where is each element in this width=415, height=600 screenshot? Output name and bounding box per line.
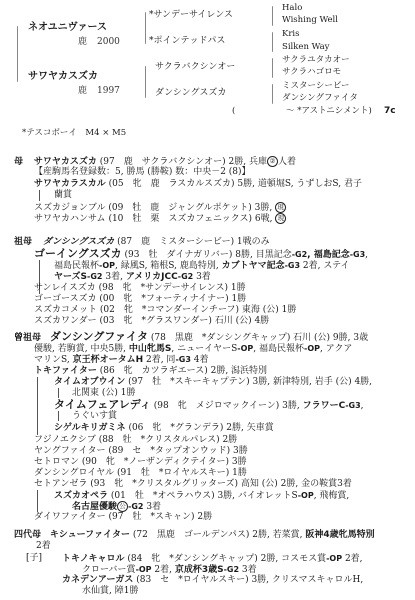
inbreeding-note: *テスコボーイ M4 × M5 (22, 128, 126, 140)
star-offspring-name: ゴーイングスズカ (34, 247, 122, 260)
great-granddam-offspring: セトアンゼラ (93 牝 *クリスタルグリッターズ) 高知 (公) 2勝, 金の… (34, 479, 352, 491)
gen3-4: サクラユタカオー (282, 55, 350, 66)
star-detail: (93 牡 ダイナガリバー) 8勝, 目黒記念 (125, 250, 292, 260)
offspring-name: トキファイター (34, 366, 97, 376)
pedigree-main-bracket (17, 26, 18, 82)
gen3-bracket-2 (272, 32, 273, 52)
sire-name: ネオユニヴァース (28, 22, 107, 34)
fourth-dam-cont: 2着 (36, 541, 51, 553)
sire-year: 2000 (97, 37, 120, 49)
sire-bracket (145, 12, 146, 44)
offspring-detail: (09 牡 鹿 ジャングルポケット) 3勝, (108, 203, 275, 213)
great-granddam-offspring: セトロマン (90 牝 *ノーザンディクテイター) 3勝 (34, 457, 247, 469)
race-list: 2着, ステイ (300, 261, 350, 271)
dam-detail-tail: 人着 (278, 157, 296, 167)
child-detail: (84 牝 *ダンシングキャップ) 2勝, コスモス賞 (127, 554, 326, 564)
race-name: 京王杯オータムH (73, 355, 144, 365)
grandchild-detail: (98 牝 メジロマックイーン) 3勝, (154, 401, 303, 411)
child-cont: 水仙賞, 障1勝 (82, 586, 138, 598)
dam-bracket (145, 66, 146, 98)
grade-badge: -G2 (87, 272, 102, 281)
race-name: アメリカJCC (126, 272, 178, 282)
grade-badge: -G2 (224, 565, 239, 574)
child-label: [子] (26, 553, 42, 565)
gen3-3: Silken Way (282, 42, 330, 53)
grade-badge: -OP (298, 491, 314, 500)
grandchild-name: シゲルキリガミネ (54, 423, 126, 433)
grandchild-detail: (01 牡 *オペラハウス) 3勝, バイオレットS (111, 491, 298, 501)
race-list: 4着 (191, 355, 209, 365)
grade-badge: -OP (136, 565, 152, 574)
granddam-detail: (87 鹿 ミスターシービー) 1戦のみ (117, 237, 270, 247)
tree-line (37, 490, 38, 512)
grade-badge: -G3 (345, 401, 360, 410)
grandchild-cont: うぐいす賞 (72, 411, 117, 423)
offspring-name: サワヤカハンサム (34, 214, 106, 224)
grade-badge: -G2 (292, 250, 307, 259)
grade-badge: -OP (326, 554, 342, 563)
child-name: カネデンアーガス (62, 575, 133, 585)
race-list: 3着 (143, 502, 161, 512)
race-name: ヤーズS (54, 272, 87, 282)
race-name: 阪神4歳牝馬特別 (305, 530, 374, 540)
race-list: , 福島民報杯 (253, 344, 304, 354)
granddam-offspring: サンレイスズカ (98 牝 *サンデーサイレンス) 1勝 (34, 283, 246, 295)
punct: , (361, 401, 364, 411)
grade-badge: -OP (304, 344, 320, 353)
dam-year: 1997 (97, 86, 120, 98)
race-list: 3着 (193, 272, 211, 282)
local-circle-mark: 公 (117, 501, 128, 512)
grade-badge: -G3 (175, 355, 190, 364)
active-circle-mark: 現 (275, 213, 286, 224)
great-granddam-offspring: ダンシングロイヤル (91 牡 *ロイヤルスキー) 1勝 (34, 468, 247, 480)
dam-register: 【産駒馬名登録数：5, 勝馬 (勝鞍) 数：中央－2 (8)】 (34, 167, 251, 179)
great-granddam-name: ダンシングファイタ (50, 330, 148, 343)
child-detail: (83 セ *ロイヤルスキー) 3勝, クリスマスキャロルH, (136, 575, 363, 585)
sire-sire: *サンデーサイレンス (149, 10, 233, 22)
family-number: 7c (384, 106, 396, 118)
race-name: 福島民報杯 (54, 261, 99, 271)
active-circle-mark: 現 (275, 202, 286, 213)
child-name: トキノキャロル (62, 554, 124, 564)
race-list: , アクア (320, 344, 352, 354)
fourth-dam-name: キシューファイター (50, 530, 130, 540)
tree-line (39, 190, 40, 201)
gen3-bracket-4 (272, 84, 273, 104)
granddam-name: ダンシングスズカ (43, 237, 114, 247)
tree-line (37, 377, 38, 435)
gen3-7: ダンシングファイタ (282, 93, 358, 104)
race-list: マリンS, (34, 355, 73, 365)
race-name: 京成杯3歳S (175, 565, 224, 575)
sire-dam: *ポインテッドパス (149, 36, 225, 48)
gen3-1: Wishing Well (282, 15, 338, 26)
race-name: , 福島記念 (307, 250, 350, 260)
race-list: 2着, (152, 565, 175, 575)
race-list: , 緑風S, 箱根S, 鹿島特別, (115, 261, 222, 271)
dam-section-name: サワヤカスズカ (34, 157, 97, 167)
grade-badge: -G3 (285, 261, 300, 270)
grade-badge: -OP (99, 261, 115, 270)
race-list: , 飛梅賞, (314, 491, 350, 501)
race-name: カブトヤマ記念 (222, 261, 285, 271)
dam-name: サワヤカスズカ (28, 71, 98, 83)
great-granddam-offspring: ダイワファイター (97 牡 *スキャン) 2勝 (34, 512, 212, 524)
great-granddam-detail: (78 黒鹿 *ダンシングキャップ) 石川 (公) 9勝, 3歳 (151, 333, 368, 343)
race-list: 2着, 同 (143, 355, 175, 365)
family-open: ( (232, 106, 235, 117)
grade-badge: -G3 (350, 250, 365, 259)
grandchild-name: タイムフェアレディ (54, 398, 151, 411)
granddam-offspring: ゴーゴースズカ (00 牝 *フォーティナイナー) 1勝 (34, 294, 246, 306)
prefecture-circle-mark: ② (267, 156, 278, 167)
gen3-5: サクラハゴロモ (282, 67, 341, 78)
race-name: 中山牝馬S (129, 344, 171, 354)
dam-label: 母 (14, 157, 23, 167)
grade-badge: -OP (237, 344, 253, 353)
race-list: 2着, (342, 554, 362, 564)
offspring-detail: (86 牝 カツラギエース) 2勝, 潟浜特別 (100, 366, 267, 376)
dam-color: 鹿 (78, 86, 87, 98)
granddam-offspring: スズカワンダー (03 牝 *グラスワンダー) 石川 (公) 4勝 (34, 316, 269, 328)
dam-section-detail: (97 鹿 サクラバクシンオー) 2勝, 兵庫 (100, 157, 267, 167)
tree-line (58, 388, 59, 398)
gen3-2: Kris (282, 29, 300, 40)
gen3-6: ミスターシービー (282, 81, 350, 92)
offspring-name: サワヤカラスカル (34, 179, 106, 189)
dam-dam: ダンシングスズカ (155, 88, 226, 100)
grade-badge: -G2 (128, 502, 143, 511)
offspring-detail: (05 牝 鹿 ラスカルスズカ) 5勝, 道頓堀S, うずしおS, 君子 (109, 179, 362, 189)
great-granddam-offspring: ヤングファイター (89 セ *タップオンウッド) 3勝 (34, 446, 248, 458)
grandchild-detail: (06 牝 *グランデラ) 2勝, 矢車賞 (128, 423, 273, 433)
offspring-name: スズカジョンブル (34, 203, 105, 213)
race-list: 3着 (239, 565, 257, 575)
fourth-dam-detail: (72 黒鹿 ゴールデンパス) 2勝, 若菜賞, (133, 530, 306, 540)
grandchild-name: タイムオブウイン (54, 377, 125, 387)
grandchild-name: スズカオペラ (54, 491, 108, 501)
race-list: 3着, (103, 272, 126, 282)
fourth-dam-label: 四代母 (14, 530, 41, 540)
race-name: クローバー賞 (82, 565, 136, 575)
great-granddam-label: 曾祖母 (14, 333, 41, 343)
great-granddam-offspring: フジノエクシブ (88 牡 *クリスタルパレス) 2勝 (34, 435, 237, 447)
race-list: , ニューイヤーS (171, 344, 237, 354)
gen3-0: Halo (282, 3, 302, 14)
granddam-offspring: スズカコメット (02 牝 *コマンダーインチーフ) 東海 (公) 1勝 (34, 305, 296, 317)
race-name: 名古屋優駿 (72, 502, 117, 512)
grade-badge: -G2 (178, 272, 193, 281)
tree-line (58, 411, 59, 421)
race-name: フラワーC (303, 401, 346, 411)
sire-color: 鹿 (78, 37, 87, 49)
race-list: 優駿, 若駒賞, 中央5勝, (34, 344, 129, 354)
dam-sire: サクラバクシンオー (155, 62, 235, 74)
family-line: ～ *アストニシメント) (286, 106, 372, 117)
grandchild-detail: (97 牡 *スキーキャプテン) 3勝, 新津特別, 岩手 (公) 4勝, (128, 377, 372, 387)
gen3-bracket-1 (272, 6, 273, 26)
gen3-bracket-3 (272, 58, 273, 78)
offspring-cont: 蘭賞 (54, 190, 72, 202)
offspring-detail: (10 牡 栗 スズカフェニックス) 6戦, (108, 214, 275, 224)
granddam-label: 祖母 (14, 237, 32, 247)
punct: , (365, 250, 368, 260)
